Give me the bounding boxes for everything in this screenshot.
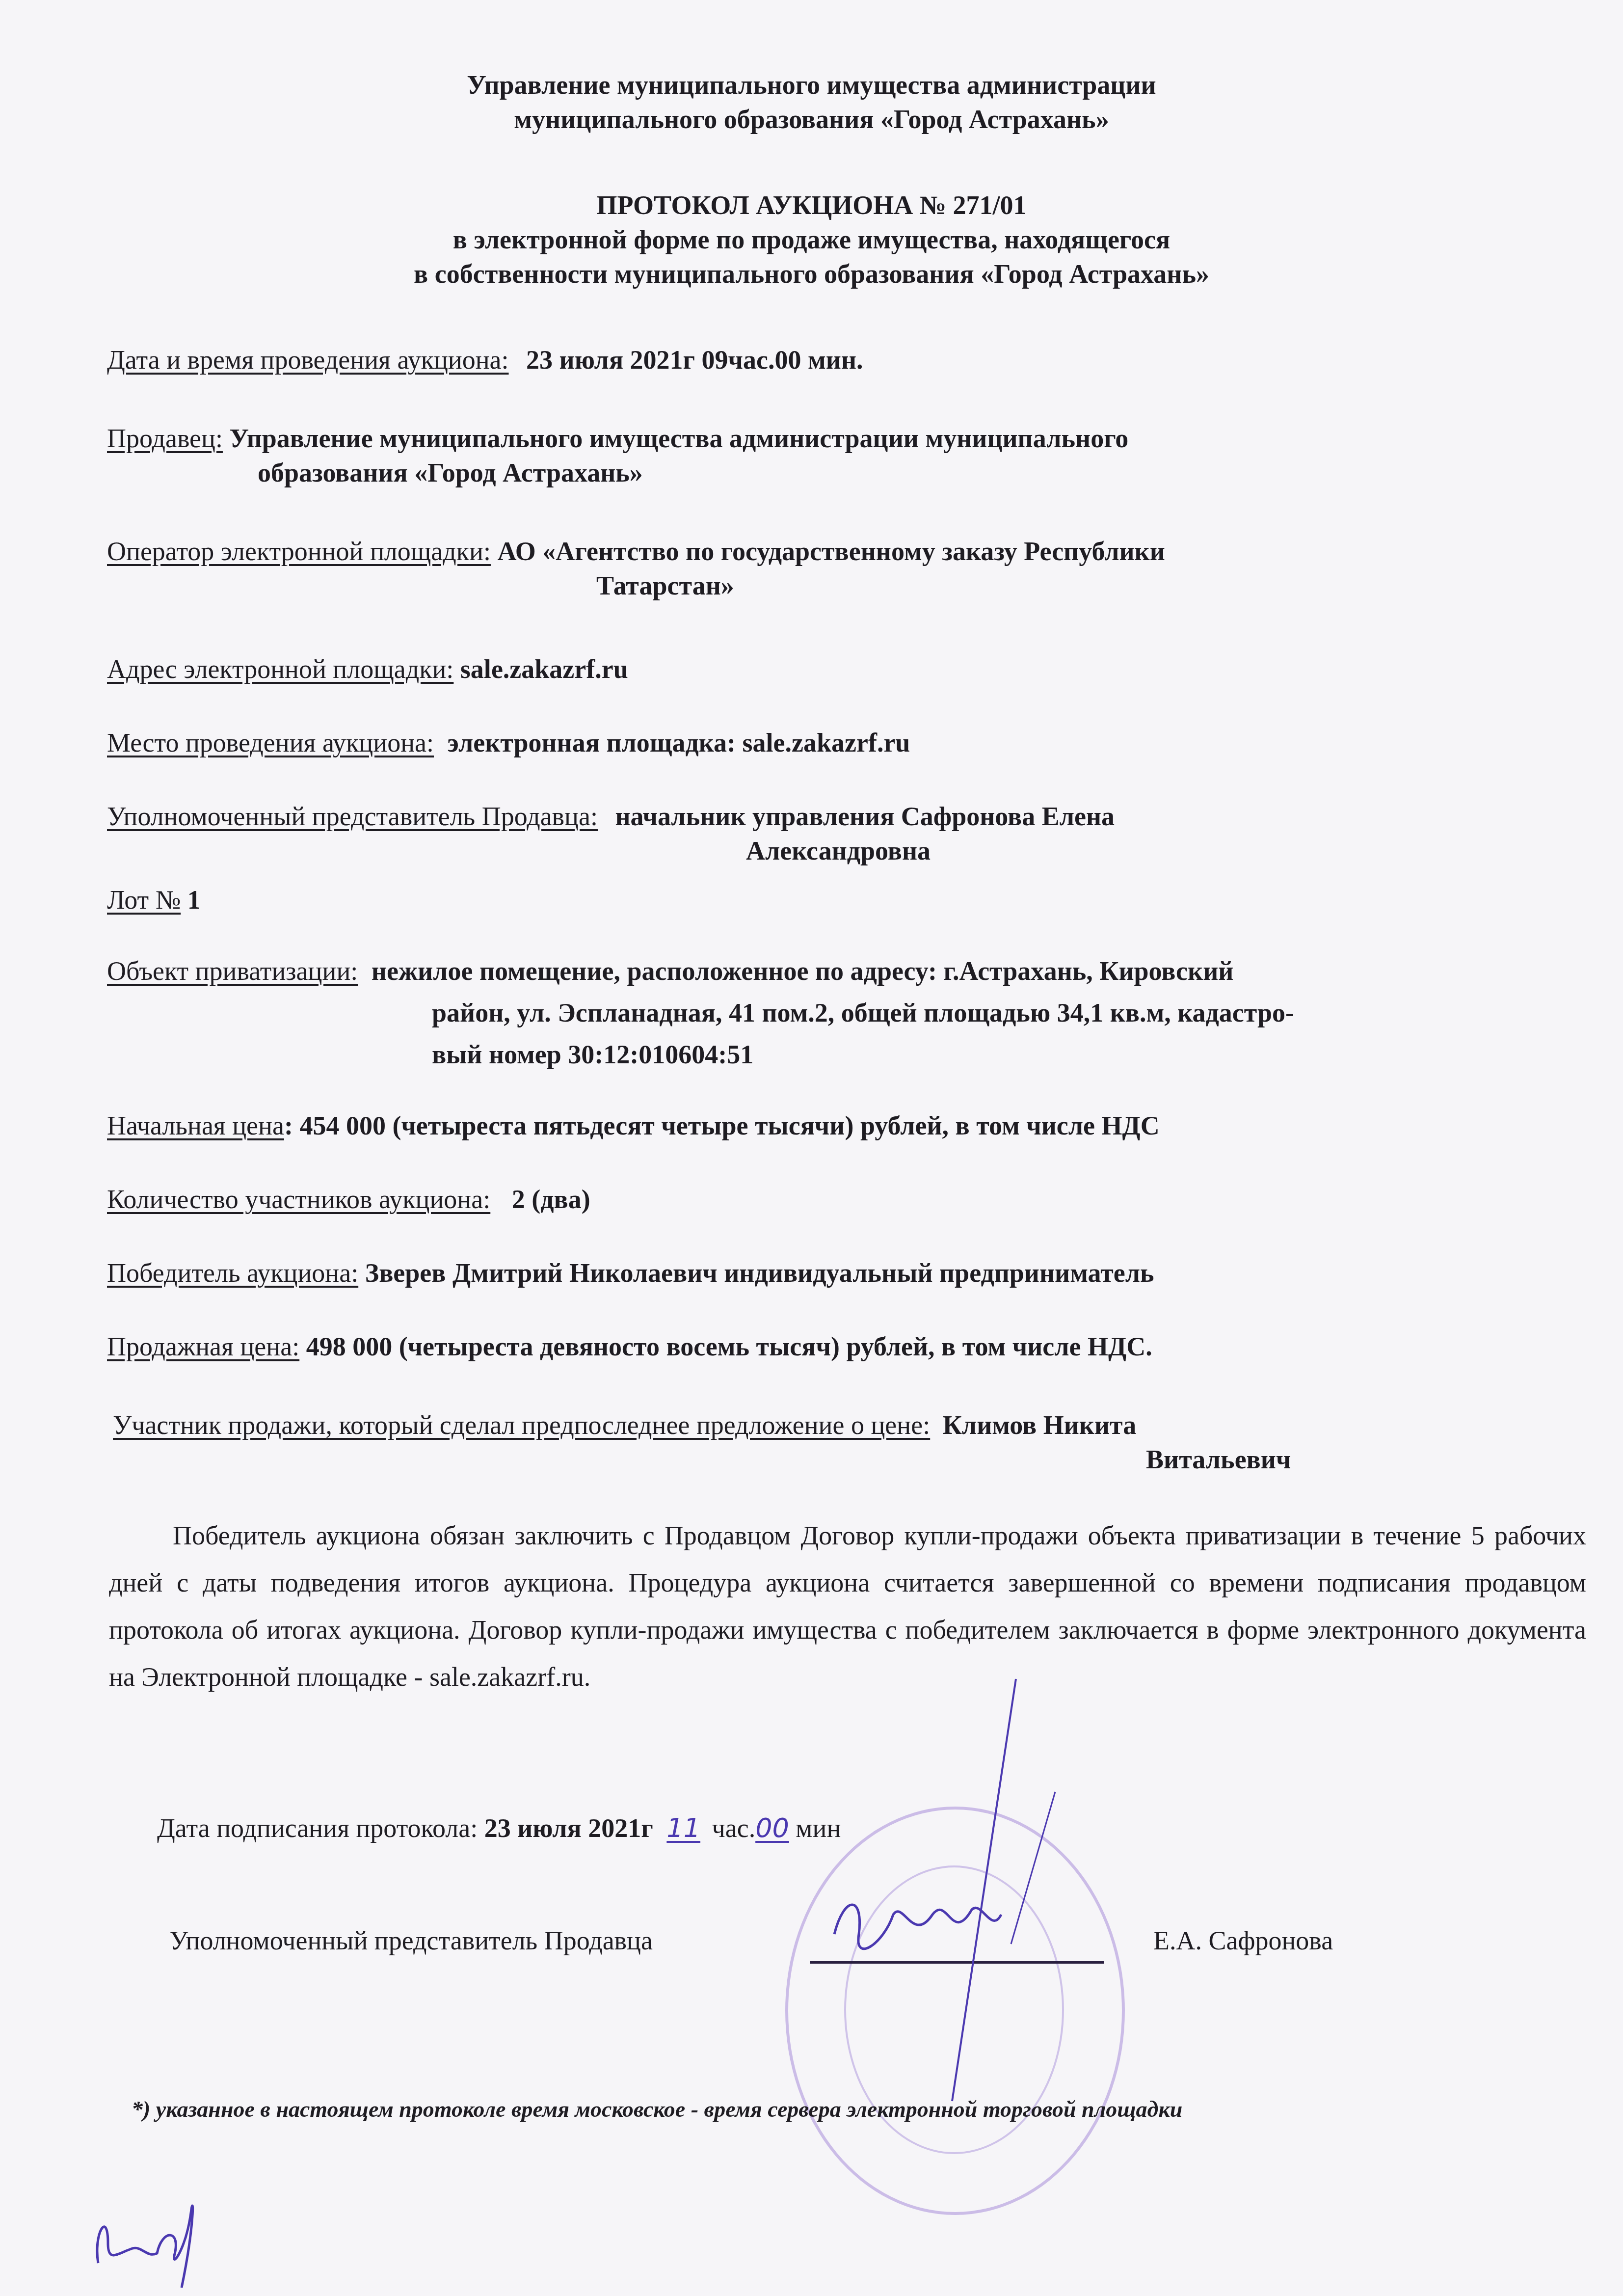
- field-place: Место проведения аукциона: электронная п…: [107, 727, 910, 760]
- initials-signature-icon: [88, 2189, 216, 2288]
- signer-label: Уполномоченный представитель Продавца: [169, 1924, 653, 1958]
- field-object-cont1: район, ул. Эспланадная, 41 пом.2, общей …: [432, 997, 1294, 1030]
- field-value: Климов Никита: [943, 1410, 1136, 1440]
- document-subtitle-line2: в собственности муниципального образован…: [0, 258, 1623, 291]
- field-seller-cont: образования «Город Астрахань»: [258, 457, 643, 490]
- document-subtitle-line1: в электронной форме по продаже имущества…: [0, 223, 1623, 257]
- footnote: *) указанное в настоящем протоколе время…: [132, 2096, 1182, 2122]
- field-second-bidder-cont: Витальевич: [1146, 1443, 1291, 1477]
- field-object-cont2: вый номер 30:12:010604:51: [432, 1038, 753, 1072]
- field-date-time: Дата и время проведения аукциона: 23 июл…: [107, 344, 863, 377]
- field-value: 1: [187, 885, 201, 915]
- protocol-page: Управление муниципального имущества адми…: [0, 0, 1623, 2296]
- field-value: Управление муниципального имущества адми…: [229, 424, 1128, 453]
- field-value: 498 000 (четыреста девяносто восемь тыся…: [306, 1332, 1152, 1361]
- signing-hour-handwritten: 11: [666, 1812, 700, 1843]
- field-label: Место проведения аукциона:: [107, 728, 434, 757]
- field-label: Начальная цена: [107, 1111, 284, 1140]
- org-name-line2: муниципального образования «Город Астрах…: [0, 103, 1623, 136]
- signing-hour-suffix: час.: [712, 1813, 756, 1843]
- field-winner: Победитель аукциона: Зверев Дмитрий Нико…: [107, 1257, 1154, 1290]
- field-label: Адрес электронной площадки:: [107, 654, 453, 684]
- field-sale-price: Продажная цена: 498 000 (четыреста девян…: [107, 1330, 1152, 1364]
- field-label: Продажная цена:: [107, 1332, 299, 1361]
- field-participants: Количество участников аукциона: 2 (два): [107, 1183, 590, 1216]
- field-value: электронная площадка: sale.zakazrf.ru: [448, 728, 910, 757]
- field-label: Дата и время проведения аукциона:: [107, 345, 509, 375]
- field-value: : 454 000 (четыреста пятьдесят четыре ты…: [284, 1111, 1160, 1140]
- field-label: Продавец:: [107, 424, 223, 453]
- signer-name: Е.А. Сафронова: [1153, 1924, 1333, 1958]
- field-label: Оператор электронной площадки:: [107, 537, 491, 566]
- field-label: Уполномоченный представитель Продавца:: [107, 802, 598, 831]
- field-value: начальник управления Сафронова Елена: [615, 802, 1115, 831]
- field-label: Победитель аукциона:: [107, 1258, 358, 1288]
- field-value: 2 (два): [512, 1185, 590, 1214]
- field-start-price: Начальная цена: 454 000 (четыреста пятьд…: [107, 1109, 1160, 1143]
- field-seller: Продавец: Управление муниципального имущ…: [107, 422, 1128, 456]
- org-name-line1: Управление муниципального имущества адми…: [0, 69, 1623, 102]
- signing-date: Дата подписания протокола: 23 июля 2021г…: [157, 1811, 841, 1845]
- field-label: Объект приватизации:: [107, 956, 358, 986]
- signature-scribble-icon: [805, 1669, 1109, 2111]
- document-title: ПРОТОКОЛ АУКЦИОНА № 271/01: [0, 189, 1623, 222]
- field-value: Зверев Дмитрий Николаевич индивидуальный…: [365, 1258, 1154, 1288]
- signing-date-value: 23 июля 2021г: [484, 1813, 653, 1843]
- field-lot: Лот № 1: [107, 884, 201, 917]
- field-second-bidder: Участник продажи, который сделал предпос…: [113, 1409, 1136, 1442]
- field-object: Объект приватизации: нежилое помещение, …: [107, 955, 1233, 988]
- signing-minute-handwritten: 00: [755, 1812, 789, 1843]
- field-operator: Оператор электронной площадки: АО «Агент…: [107, 535, 1165, 568]
- field-label: Количество участников аукциона:: [107, 1185, 490, 1214]
- field-operator-cont: Татарстан»: [596, 569, 734, 603]
- field-label: Лот №: [107, 885, 181, 915]
- field-value: 23 июля 2021г 09час.00 мин.: [526, 345, 863, 375]
- field-label: Участник продажи, который сделал предпос…: [113, 1410, 930, 1440]
- field-representative: Уполномоченный представитель Продавца: н…: [107, 800, 1115, 834]
- field-value: нежилое помещение, расположенное по адре…: [372, 956, 1234, 986]
- field-platform-address: Адрес электронной площадки: sale.zakazrf…: [107, 653, 628, 686]
- field-value: sale.zakazrf.ru: [460, 654, 628, 684]
- signing-label: Дата подписания протокола:: [157, 1813, 478, 1843]
- field-representative-cont: Александровна: [746, 835, 931, 868]
- field-value: АО «Агентство по государственному заказу…: [497, 537, 1165, 566]
